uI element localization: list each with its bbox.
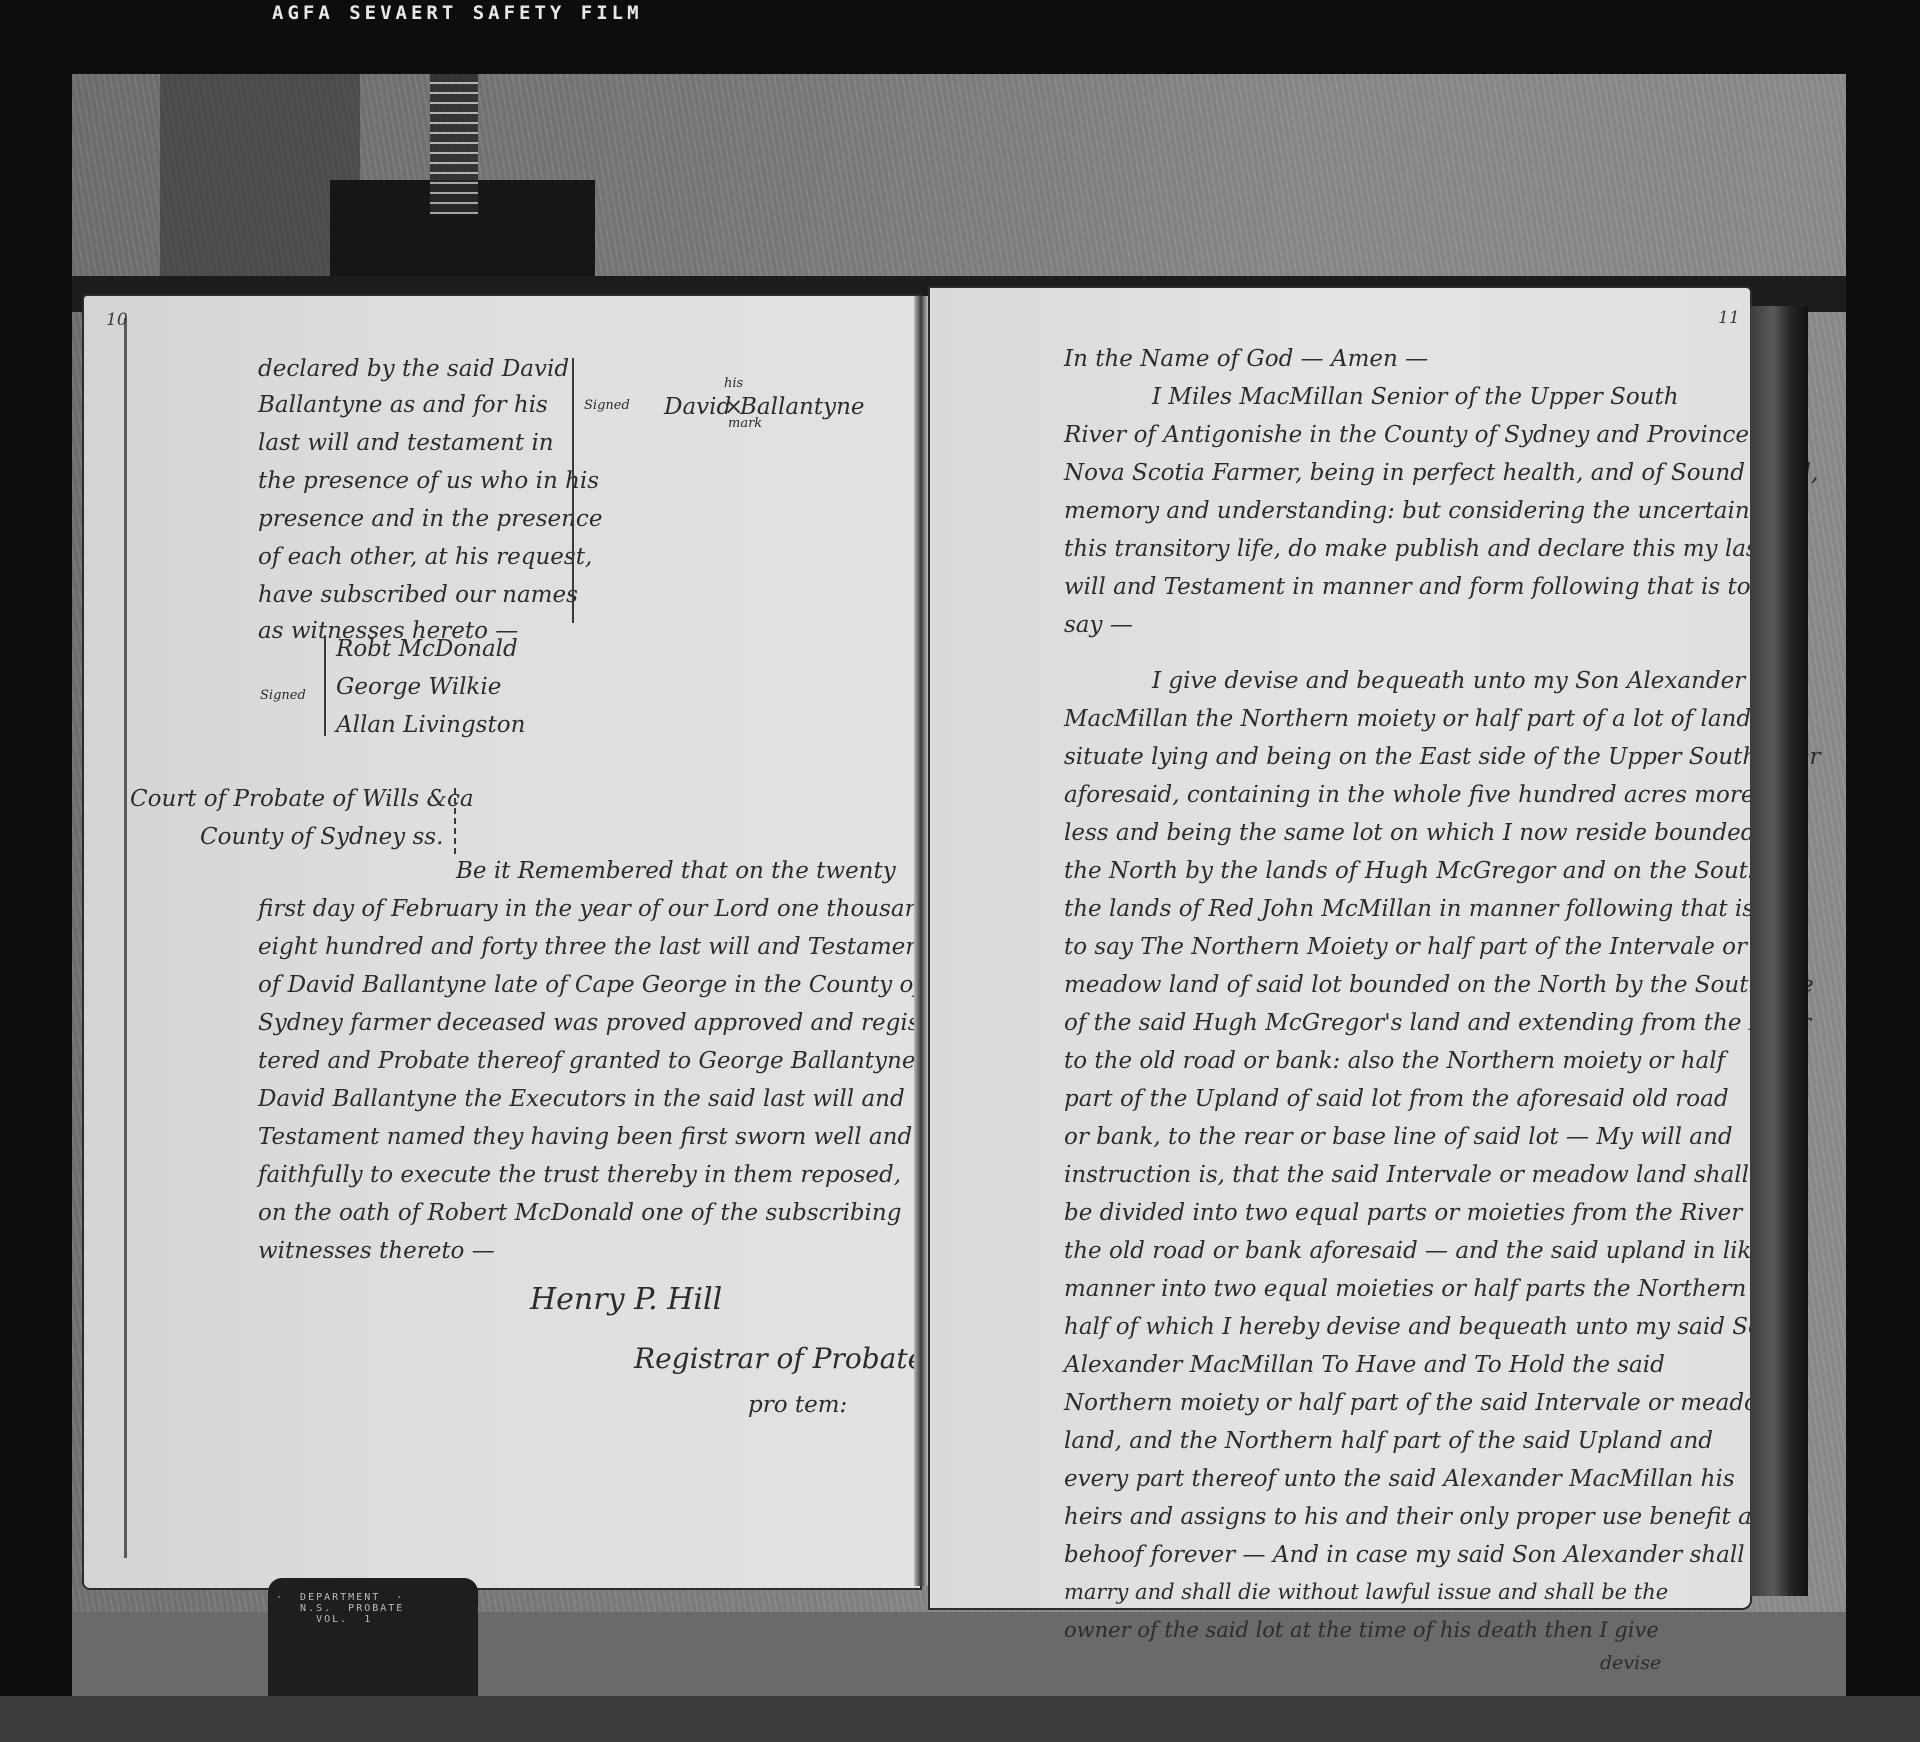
will-line: or bank, to the rear or base line of sai… — [1064, 1124, 1733, 1150]
will-line: manner into two equal moieties or half p… — [1064, 1276, 1746, 1302]
will-line: this transitory life, do make publish an… — [1064, 536, 1767, 562]
will-line: the old road or bank aforesaid — and the… — [1064, 1238, 1765, 1264]
attestation-line: declared by the said David — [258, 356, 569, 382]
will-line: of the said Hugh McGregor's land and ext… — [1064, 1010, 1811, 1036]
court-heading-line: County of Sydney ss. — [200, 824, 443, 850]
probate-line: Be it Remembered that on the twenty — [456, 858, 896, 884]
witness-name: Robt McDonald — [336, 636, 518, 662]
attestation-line: of each other, at his request, — [258, 544, 592, 570]
probate-line: Testament named they having been first s… — [258, 1124, 912, 1150]
probate-line: witnesses thereto — — [258, 1238, 495, 1264]
book-gutter — [914, 296, 928, 1586]
probate-line: first day of February in the year of our… — [258, 896, 934, 922]
attestation-line: presence and in the presence — [258, 506, 602, 532]
probate-line: faithfully to execute the trust thereby … — [258, 1162, 901, 1188]
will-line: I Miles MacMillan Senior of the Upper So… — [1152, 384, 1679, 410]
will-line: instruction is, that the said Intervale … — [1064, 1162, 1749, 1188]
weight-chain — [430, 74, 478, 214]
will-line: River of Antigonishe in the County of Sy… — [1064, 422, 1779, 448]
attestation-line: the presence of us who in his — [258, 468, 599, 494]
attestation-line: have subscribed our names — [258, 582, 578, 608]
attestation-line: Ballantyne as and for his — [258, 392, 548, 418]
signed-label: Signed — [584, 398, 630, 413]
will-line: be divided into two equal parts or moiet… — [1064, 1200, 1773, 1226]
will-line: say — — [1064, 612, 1133, 638]
page-number: 10 — [106, 310, 128, 330]
attestation-line: last will and testament in — [258, 430, 554, 456]
will-line: aforesaid, containing in the whole five … — [1064, 782, 1787, 808]
probate-line: of David Ballantyne late of Cape George … — [258, 972, 922, 998]
will-line: half of which I hereby devise and bequea… — [1064, 1314, 1777, 1340]
catchword: devise — [1600, 1652, 1661, 1674]
witness-name: Allan Livingston — [336, 712, 525, 738]
margin-line — [124, 318, 127, 1558]
will-line: part of the Upland of said lot from the … — [1064, 1086, 1729, 1112]
will-line: less and being the same lot on which I n… — [1064, 820, 1792, 846]
will-line: behoof forever — And in case my said Son… — [1064, 1542, 1790, 1568]
will-line: land, and the Northern half part of the … — [1064, 1428, 1713, 1454]
left-page: 10 declared by the said David Ballantyne… — [84, 296, 920, 1588]
probate-line: tered and Probate thereof granted to Geo… — [258, 1048, 966, 1074]
testator-first-name: David — [664, 394, 731, 420]
page-fore-edge — [1750, 306, 1808, 1596]
will-heading: In the Name of God — Amen — — [1064, 346, 1428, 372]
will-line: to say The Northern Moiety or half part … — [1064, 934, 1747, 960]
court-brace — [454, 788, 456, 854]
will-line: to the old road or bank: also the Northe… — [1064, 1048, 1725, 1074]
will-line: heirs and assigns to his and their only … — [1064, 1504, 1781, 1530]
will-line: MacMillan the Northern moiety or half pa… — [1064, 706, 1751, 732]
bracket-line — [572, 358, 574, 623]
registrar-suffix: pro tem: — [748, 1392, 847, 1418]
will-line: the lands of Red John McMillan in manner… — [1064, 896, 1754, 922]
court-heading-line: Court of Probate of Wills &ca — [130, 786, 474, 812]
right-page: 11 In the Name of God — Amen — I Miles M… — [930, 288, 1750, 1608]
will-line: the North by the lands of Hugh McGregor … — [1064, 858, 1798, 884]
probate-line: on the oath of Robert McDonald one of th… — [258, 1200, 901, 1226]
will-line: will and Testament in manner and form fo… — [1064, 574, 1751, 600]
will-line: Northern moiety or half part of the said… — [1064, 1390, 1778, 1416]
will-line: every part thereof unto the said Alexand… — [1064, 1466, 1735, 1492]
will-line: owner of the said lot at the time of his… — [1064, 1618, 1659, 1642]
will-line: I give devise and bequeath unto my Son A… — [1152, 668, 1745, 694]
his-label: his — [724, 376, 743, 391]
will-line: meadow land of said lot bounded on the N… — [1064, 972, 1814, 998]
will-line: Nova Scotia Farmer, being in perfect hea… — [1064, 460, 1818, 486]
mark-label: mark — [728, 416, 762, 431]
probate-line: David Ballantyne the Executors in the sa… — [258, 1086, 905, 1112]
will-line: Alexander MacMillan To Have and To Hold … — [1064, 1352, 1665, 1378]
will-line: marry and shall die without lawful issue… — [1064, 1580, 1668, 1604]
will-line: memory and understanding: but considerin… — [1064, 498, 1802, 524]
film-label: AGFA SEVAERT SAFETY FILM — [272, 2, 643, 24]
page-number: 11 — [1718, 308, 1740, 328]
witness-name: George Wilkie — [336, 674, 501, 700]
witness-brace — [324, 636, 326, 736]
will-line: situate lying and being on the East side… — [1064, 744, 1820, 770]
witness-signed-label: Signed — [260, 688, 306, 703]
registrar-title: Registrar of Probate — [634, 1342, 924, 1375]
probate-line: Sydney farmer deceased was proved approv… — [258, 1010, 927, 1036]
tab-lettering: · DEPARTMENT · N.S. PROBATE VOL. 1 — [276, 1592, 404, 1625]
probate-line: eight hundred and forty three the last w… — [258, 934, 929, 960]
floor — [0, 1696, 1920, 1742]
volume-tab: · DEPARTMENT · N.S. PROBATE VOL. 1 — [268, 1578, 478, 1696]
registrar-name: Henry P. Hill — [530, 1282, 722, 1317]
